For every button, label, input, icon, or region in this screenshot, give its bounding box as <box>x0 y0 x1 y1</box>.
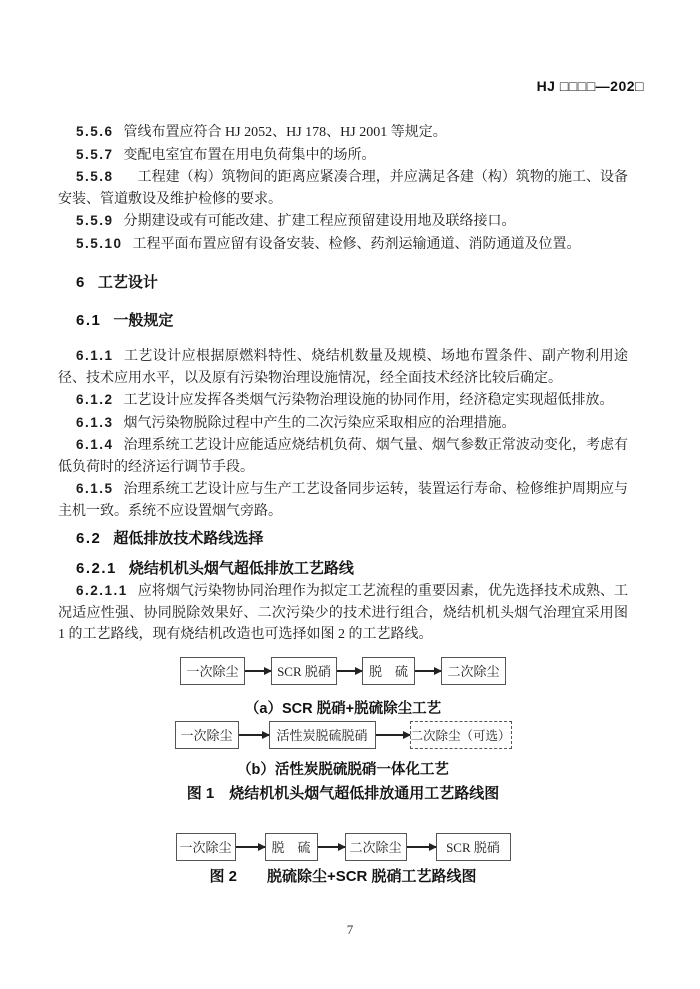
clause-text: 分期建设或有可能改建、扩建工程应预留建设用地及联络接口。 <box>124 214 516 229</box>
flow-step-box: 一次除尘 <box>180 657 245 685</box>
clause-6-1-5: 6.1.5治理系统工艺设计应与生产工艺设备同步运转，装置运行寿命、检修维护周期应… <box>58 478 628 522</box>
section-number: 6 <box>76 274 86 291</box>
figure2-title: 图 2 脱硫除尘+SCR 脱硝工艺路线图 <box>58 868 628 886</box>
clause-5-5-10: 5.5.10工程平面布置应留有设备安装、检修、药剂运输通道、消防通道及位置。 <box>58 233 628 256</box>
flow-step-box: 脱 硫 <box>265 833 318 861</box>
section-title: 一般规定 <box>113 312 173 329</box>
flow-arrow-icon <box>376 734 410 736</box>
figure1-title: 图 1 烧结机机头烟气超低排放通用工艺路线图 <box>58 785 628 803</box>
flow-step-box: SCR 脱硝 <box>436 833 511 861</box>
clause-number: 5.5.8 <box>76 169 114 184</box>
flow-step-box: 二次除尘 <box>441 657 506 685</box>
flow-step-box: 二次除尘 <box>345 833 407 861</box>
figure1-flow-a: 一次除尘 SCR 脱硝 脱 硫 二次除尘 <box>58 657 628 685</box>
section-heading-6-1: 6.1一般规定 <box>58 310 628 332</box>
clause-number: 5.5.6 <box>76 124 114 139</box>
flow-arrow-icon <box>337 670 362 672</box>
clause-6-1-1: 6.1.1工艺设计应根据原燃料特性、烧结机数量及规模、场地布置条件、副产物利用途… <box>58 345 628 389</box>
clause-6-1-3: 6.1.3烟气污染物脱除过程中产生的二次污染应采取相应的治理措施。 <box>58 412 628 435</box>
figure2-flow: 一次除尘 脱 硫 二次除尘 SCR 脱硝 <box>58 833 628 861</box>
flow-arrow-icon <box>236 846 265 848</box>
clause-5-5-9: 5.5.9分期建设或有可能改建、扩建工程应预留建设用地及联络接口。 <box>58 210 628 233</box>
clause-5-5-6: 5.5.6管线布置应符合 HJ 2052、HJ 178、HJ 2001 等规定。 <box>58 121 628 144</box>
figure1-flow-b: 一次除尘 活性炭脱硫脱硝 二次除尘（可选） <box>58 721 628 749</box>
section-title: 超低排放技术路线选择 <box>113 530 263 547</box>
flow-step-box: 活性炭脱硫脱硝 <box>269 721 376 749</box>
figure1-caption-a: （a）SCR 脱硝+脱硫除尘工艺 <box>58 700 628 718</box>
clause-number: 6.1.4 <box>76 437 114 452</box>
clause-6-1-2: 6.1.2工艺设计应发挥各类烟气污染物治理设施的协同作用，经济稳定实现超低排放。 <box>58 389 628 412</box>
clause-number: 6.1.3 <box>76 415 114 430</box>
clause-6-2-1-1: 6.2.1.1应将烟气污染物协同治理作为拟定工艺流程的重要因素，优先选择技术成熟… <box>58 580 628 646</box>
clause-text: 治理系统工艺设计应能适应烧结机负荷、烟气量、烟气参数正常波动变化，考虑有低负荷时… <box>58 438 628 475</box>
clause-text: 应将烟气污染物协同治理作为拟定工艺流程的重要因素，优先选择技术成熟、工况适应性强… <box>58 584 628 642</box>
section-title: 工艺设计 <box>98 274 158 291</box>
clause-number: 6.1.1 <box>76 348 114 363</box>
clause-6-1-4: 6.1.4治理系统工艺设计应能适应烧结机负荷、烟气量、烟气参数正常波动变化，考虑… <box>58 434 628 478</box>
flow-step-box: SCR 脱硝 <box>271 657 337 685</box>
flow-arrow-icon <box>239 734 269 736</box>
clause-5-5-8: 5.5.8 工程建（构）筑物间的距离应紧凑合理，并应满足各建（构）筑物的施工、设… <box>58 166 628 210</box>
section-number: 6.1 <box>76 312 101 329</box>
flow-arrow-icon <box>318 846 345 848</box>
section-heading-6-2: 6.2超低排放技术路线选择 <box>58 528 628 550</box>
clause-5-5-7: 5.5.7变配电室宜布置在用电负荷集中的场所。 <box>58 144 628 167</box>
page-number: 7 <box>0 922 700 938</box>
flow-step-box: 一次除尘 <box>176 833 236 861</box>
section-number: 6.2.1 <box>76 560 117 577</box>
clause-number: 6.1.2 <box>76 392 114 407</box>
doc-number-header: HJ □□□□—202□ <box>537 78 644 94</box>
clause-text: 工程平面布置应留有设备安装、检修、药剂运输通道、消防通道及位置。 <box>133 237 581 252</box>
clause-text: 工艺设计应根据原燃料特性、烧结机数量及规模、场地布置条件、副产物利用途径、技术应… <box>58 349 628 386</box>
clause-text: 管线布置应符合 HJ 2052、HJ 178、HJ 2001 等规定。 <box>124 125 447 140</box>
flow-step-box-optional: 二次除尘（可选） <box>410 721 512 749</box>
clause-number: 6.2.1.1 <box>76 583 128 598</box>
clause-number: 6.1.5 <box>76 481 114 496</box>
clause-text: 治理系统工艺设计应与生产工艺设备同步运转，装置运行寿命、检修维护周期应与主机一致… <box>58 482 628 519</box>
section-title: 烧结机机头烟气超低排放工艺路线 <box>129 560 354 577</box>
flow-arrow-icon <box>245 670 271 672</box>
section-heading-6: 6工艺设计 <box>58 272 628 294</box>
section-number: 6.2 <box>76 530 101 547</box>
document-page: HJ □□□□—202□ 5.5.6管线布置应符合 HJ 2052、HJ 178… <box>0 0 700 989</box>
clause-text: 烟气污染物脱除过程中产生的二次污染应采取相应的治理措施。 <box>124 416 516 431</box>
clause-number: 5.5.7 <box>76 147 114 162</box>
flow-step-box: 一次除尘 <box>175 721 239 749</box>
clause-text: 工程建（构）筑物间的距离应紧凑合理，并应满足各建（构）筑物的施工、设备安装、管道… <box>58 170 628 207</box>
flow-arrow-icon <box>415 670 441 672</box>
clause-number: 5.5.10 <box>76 236 123 251</box>
page-content: 5.5.6管线布置应符合 HJ 2052、HJ 178、HJ 2001 等规定。… <box>58 121 628 886</box>
flow-step-box: 脱 硫 <box>362 657 415 685</box>
clause-text: 工艺设计应发挥各类烟气污染物治理设施的协同作用，经济稳定实现超低排放。 <box>124 393 614 408</box>
flow-arrow-icon <box>407 846 436 848</box>
clause-text: 变配电室宜布置在用电负荷集中的场所。 <box>124 148 376 163</box>
clause-number: 5.5.9 <box>76 213 114 228</box>
section-heading-6-2-1: 6.2.1烧结机机头烟气超低排放工艺路线 <box>58 558 628 580</box>
figure1-caption-b: （b）活性炭脱硫脱硝一体化工艺 <box>58 761 628 779</box>
